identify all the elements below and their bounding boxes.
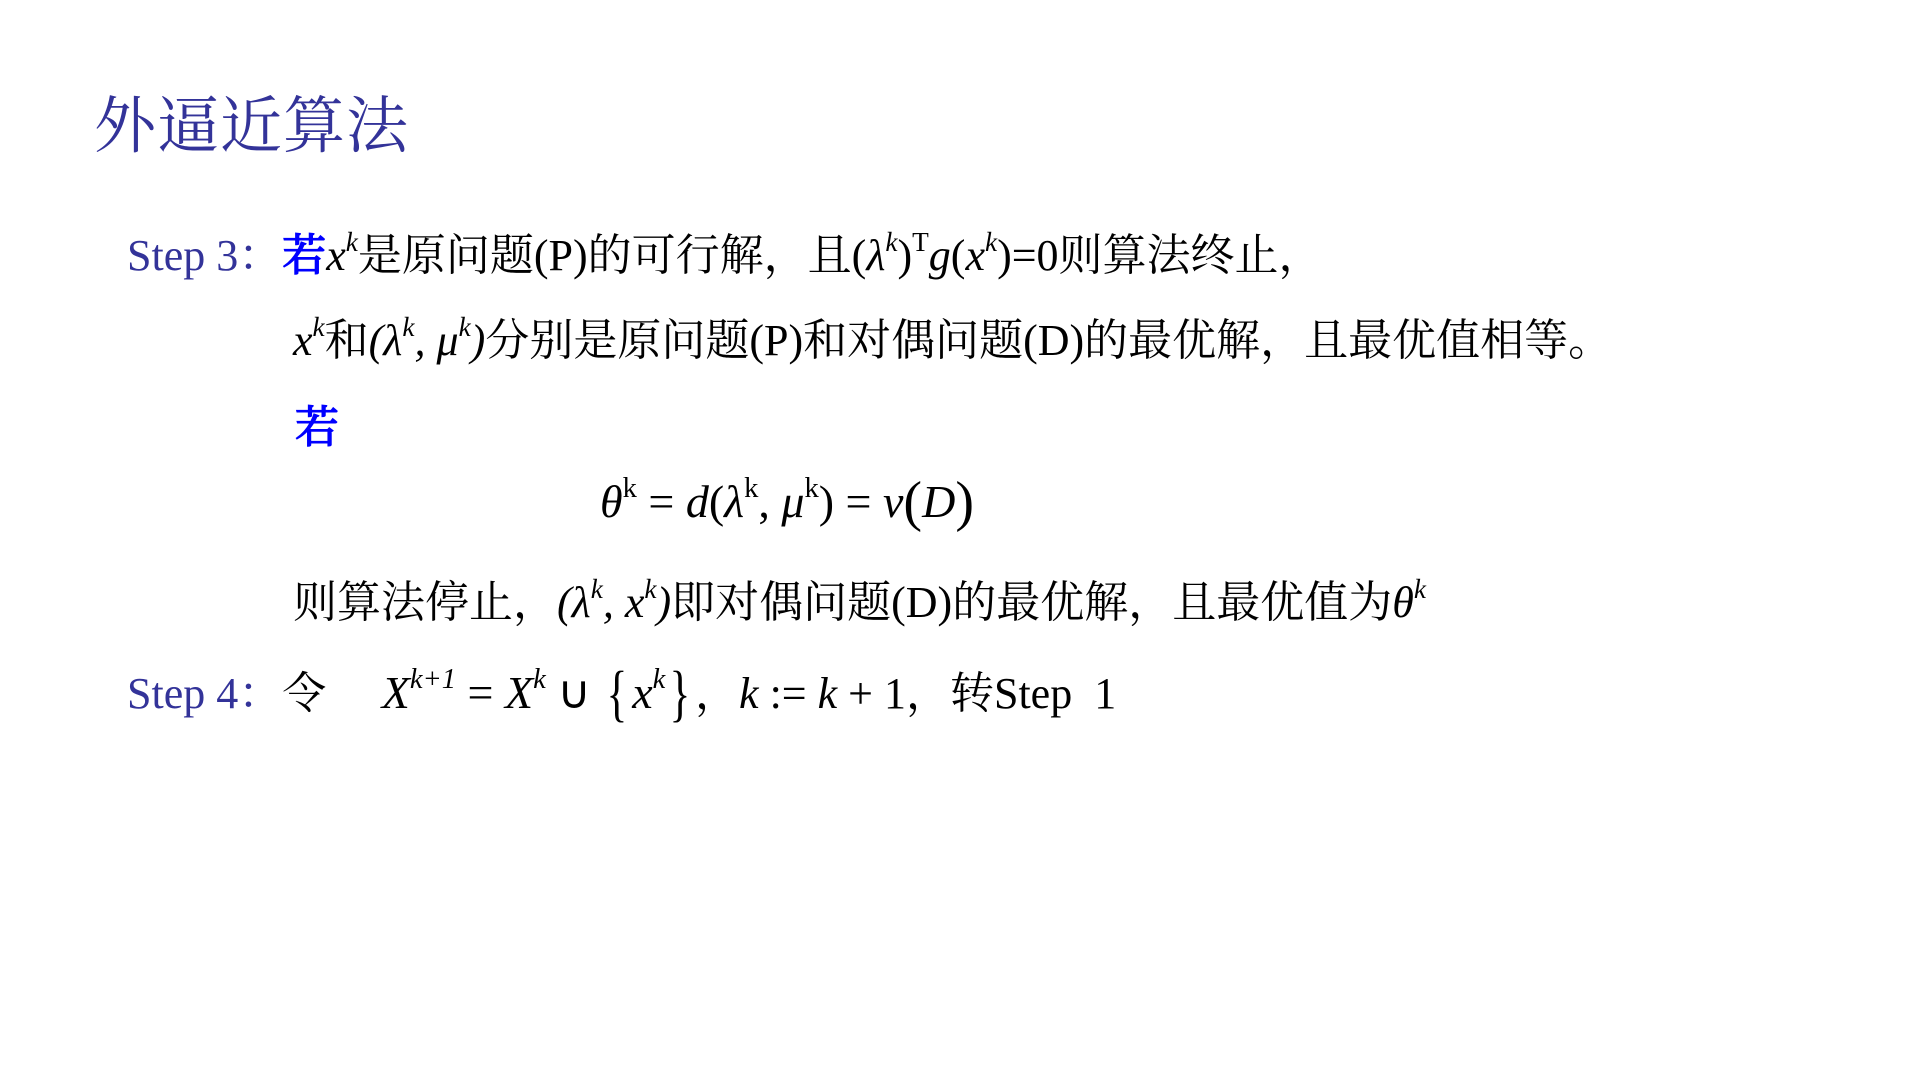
equals: =: [637, 476, 686, 527]
var-lambda: λ: [866, 231, 885, 280]
var-k: k: [818, 669, 838, 718]
text: ): [471, 316, 486, 365]
brace: }: [670, 664, 691, 724]
sup-k: k: [644, 574, 656, 604]
slide-title: 外逼近算法: [94, 76, 409, 165]
var-x: x: [326, 231, 346, 280]
var-D: D: [922, 476, 955, 527]
step4-line: Step 4：令 Xk+1 = Xk ∪ {xk}，k := k + 1，转St…: [127, 663, 1116, 724]
step4-label: Step 4：: [127, 669, 282, 718]
sup-k: k: [591, 574, 603, 604]
sup-k: k: [744, 473, 758, 504]
text: 和: [325, 316, 369, 365]
text-let: 令: [282, 669, 326, 718]
text: 分别是原问题(P)和对偶问题(D)的最优解，且最优值相等。: [485, 316, 1612, 365]
sup-k: k: [985, 227, 997, 257]
keyword-if: 若: [295, 403, 339, 452]
text: 则算法停止，: [293, 578, 557, 627]
brace: {: [607, 664, 628, 724]
text: ，: [695, 669, 739, 718]
var-mu: μ: [781, 476, 804, 527]
var-x: , x: [603, 578, 645, 627]
step3-label: Step 3：: [127, 231, 282, 280]
paren: (: [709, 476, 724, 527]
text: 是原问题(P)的可行解，且(: [358, 231, 866, 280]
var-x: x: [632, 667, 652, 718]
var-x: x: [293, 316, 313, 365]
var-x: x: [965, 231, 985, 280]
var-theta: θ: [600, 476, 623, 527]
sup-k: k: [346, 227, 358, 257]
assign: :=: [759, 669, 818, 718]
dual-formula: θk = d(λk, μk) = v(D): [600, 470, 974, 534]
var-g: g: [929, 231, 951, 280]
paren: (: [903, 471, 922, 533]
text: )=0则算法终止，: [997, 231, 1322, 280]
equals: =: [456, 667, 505, 718]
var-d: d: [686, 476, 709, 527]
equals: =: [834, 476, 883, 527]
step3-line4: 则算法停止，(λk, xk)即对偶问题(D)的最优解，且最优值为θk: [293, 573, 1426, 633]
step3-line2: xk和(λk, μk)分别是原问题(P)和对偶问题(D)的最优解，且最优值相等。: [293, 311, 1612, 371]
var-k: k: [739, 669, 759, 718]
var-X: X: [505, 667, 533, 718]
sup-T: T: [912, 227, 929, 257]
sup-k: k: [313, 312, 325, 342]
sup-k: k: [533, 664, 546, 695]
sup-k: k: [459, 312, 471, 342]
var-lambda: (λ: [369, 316, 403, 365]
text: 即对偶问题(D)的最优解，且最优值为: [671, 578, 1392, 627]
var-lambda: (λ: [557, 578, 591, 627]
text: ): [656, 578, 671, 627]
paren: ): [819, 476, 834, 527]
text: (: [951, 231, 966, 280]
keyword-if: 若: [282, 231, 326, 280]
text-goto: ，转Step 1: [906, 669, 1116, 718]
sup-k: k: [804, 473, 818, 504]
step3-line3: 若: [295, 398, 339, 458]
var-X: X: [382, 667, 410, 718]
comma: ,: [758, 476, 781, 527]
plus-one: + 1: [837, 669, 906, 718]
paren: ): [955, 471, 974, 533]
union: ∪: [546, 667, 603, 718]
var-theta: θ: [1392, 578, 1414, 627]
var-mu: , μ: [414, 316, 458, 365]
text: ): [897, 231, 912, 280]
sup-k-plus-1: k+1: [410, 664, 456, 695]
sup-k: k: [623, 473, 637, 504]
sup-k: k: [402, 312, 414, 342]
var-v: v: [883, 476, 903, 527]
var-lambda: λ: [724, 476, 744, 527]
sup-k: k: [885, 227, 897, 257]
step3-line1: Step 3：若xk是原问题(P)的可行解，且(λk)Tg(xk)=0则算法终止…: [127, 226, 1323, 286]
sup-k: k: [1414, 574, 1426, 604]
sup-k: k: [653, 664, 666, 695]
